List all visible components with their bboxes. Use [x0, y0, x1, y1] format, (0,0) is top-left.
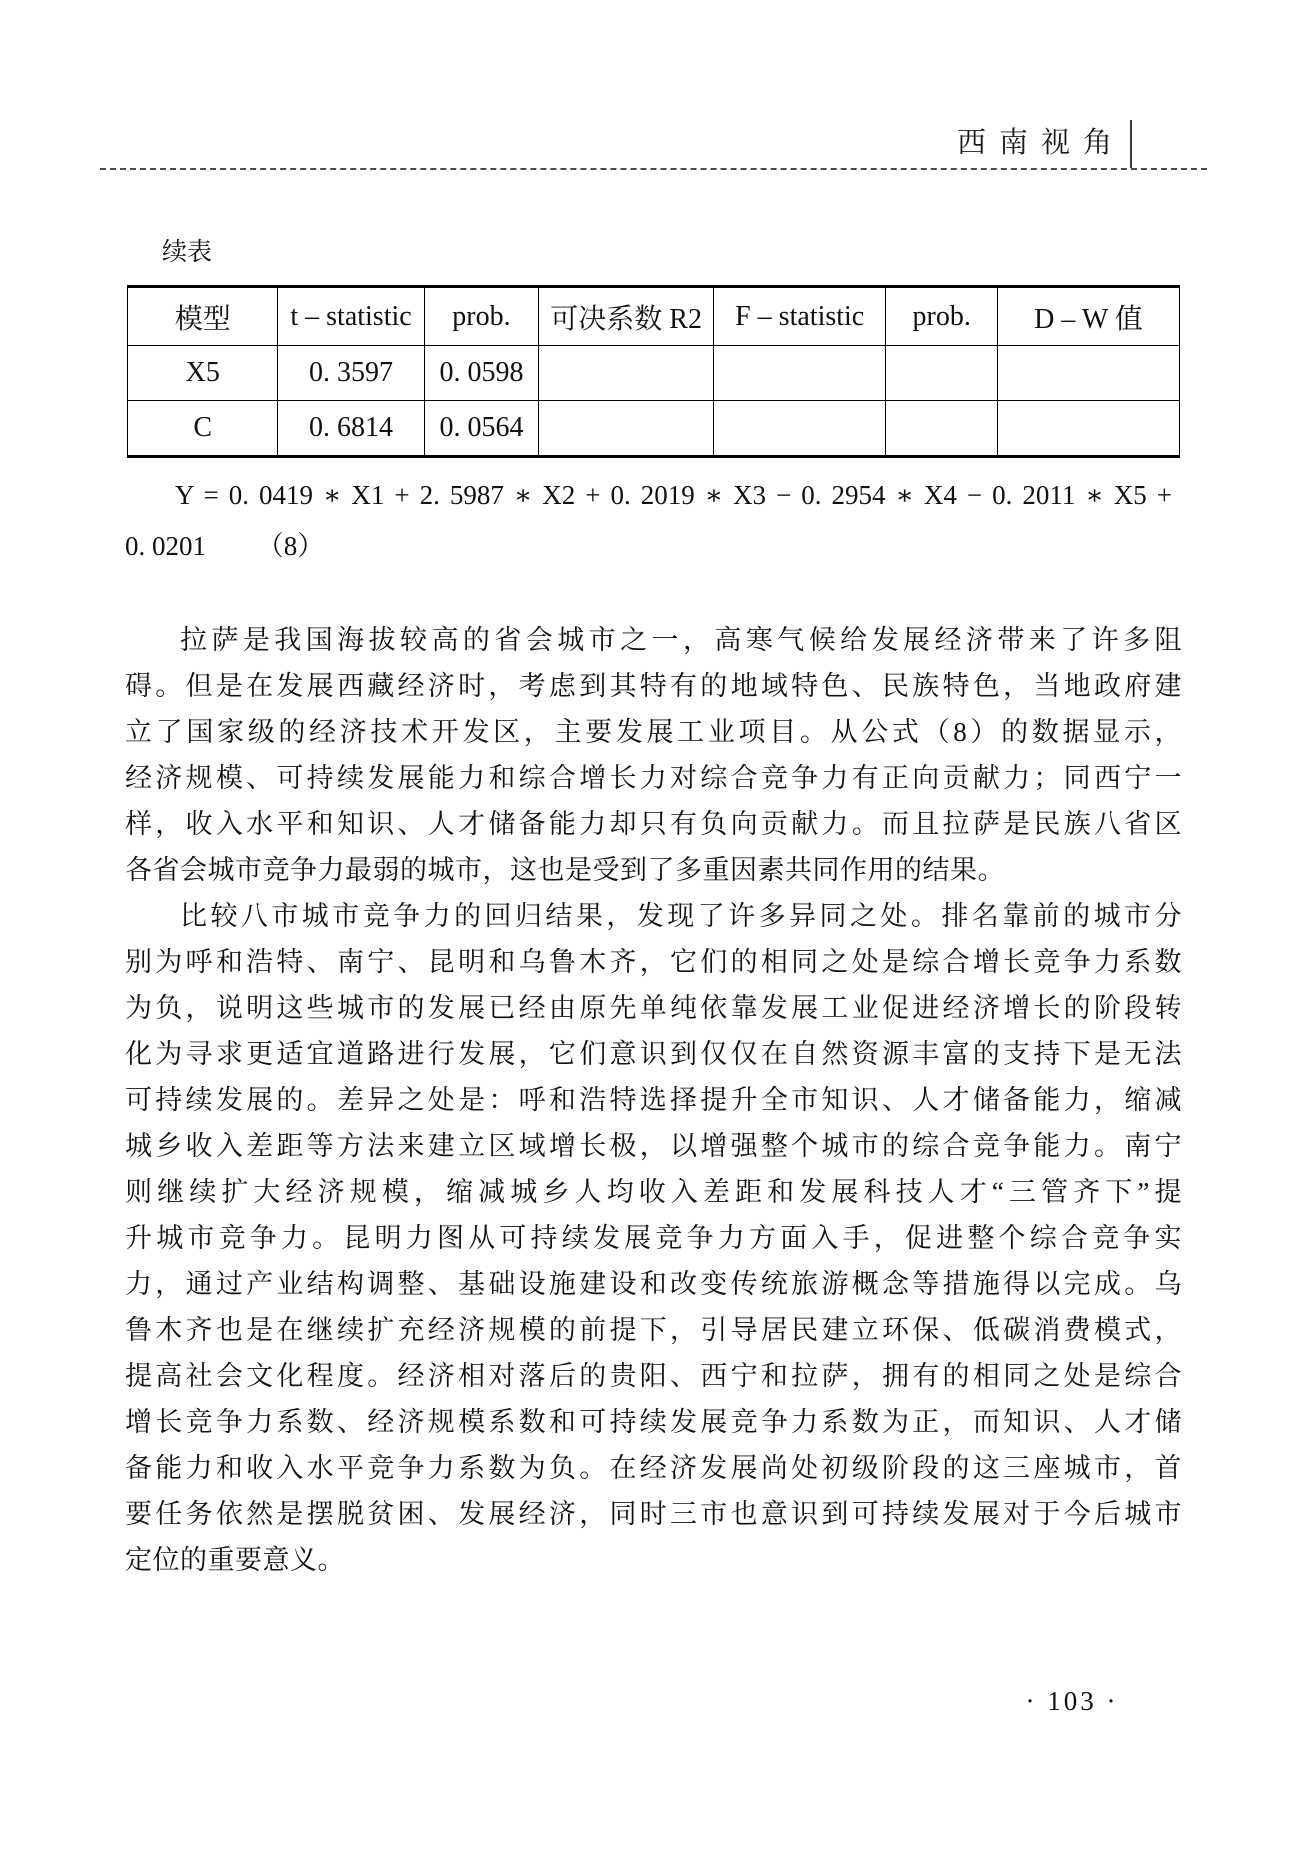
table-row: C 0. 6814 0. 0564: [128, 401, 1180, 457]
text-line: 增长竞争力系数、经济规模系数和可持续发展竞争力系数为正，而知识、人才储: [125, 1399, 1182, 1445]
cell-prob-2: [886, 346, 998, 401]
text-line: 要任务依然是摆脱贫困、发展经济，同时三市也意识到可持续发展对于今后城市: [125, 1491, 1182, 1537]
equation-line-1: Y = 0. 0419 ∗ X1 + 2. 5987 ∗ X2 + 0. 201…: [125, 480, 1182, 511]
text-line: 碍。但是在发展西藏经济时，考虑到其特有的地域特色、民族特色，当地政府建: [125, 663, 1182, 709]
cell-f-statistic: [713, 401, 886, 457]
text-line: 力，通过产业结构调整、基础设施建设和改变传统旅游概念等措施得以完成。乌: [125, 1261, 1182, 1307]
text-line: 提高社会文化程度。经济相对落后的贵阳、西宁和拉萨，拥有的相同之处是综合: [125, 1353, 1182, 1399]
text-line: 样，收入水平和知识、人才储备能力却只有负向贡献力。而且拉萨是民族八省区: [125, 801, 1182, 847]
text-line: 备能力和收入水平竞争力系数为负。在经济发展尚处初级阶段的这三座城市，首: [125, 1445, 1182, 1491]
page-number: · 103 ·: [1012, 1686, 1132, 1717]
text-line: 为负，说明这些城市的发展已经由原先单纯依靠发展工业促进经济增长的阶段转: [125, 985, 1182, 1031]
cell-prob-1: 0. 0564: [424, 401, 539, 457]
text-line: 定位的重要意义。: [125, 1537, 1182, 1583]
text-line: 城乡收入差距等方法来建立区域增长极，以增强整个城市的综合竞争能力。南宁: [125, 1123, 1182, 1169]
text-line: 别为呼和浩特、南宁、昆明和乌鲁木齐，它们的相同之处是综合增长竞争力系数: [125, 939, 1182, 985]
text-line: 比较八市城市竞争力的回归结果，发现了许多异同之处。排名靠前的城市分: [125, 893, 1182, 939]
paragraph: 比较八市城市竞争力的回归结果，发现了许多异同之处。排名靠前的城市分 别为呼和浩特…: [125, 893, 1182, 1583]
column-header-prob-2: prob.: [886, 287, 998, 346]
running-head-vertical-rule: [1130, 120, 1132, 168]
equation-number: （8）: [257, 531, 325, 561]
table-header-row: 模型 t – statistic prob. 可决系数 R2 F – stati…: [128, 287, 1180, 346]
body-text: 拉萨是我国海拔较高的省会城市之一，高寒气候给发展经济带来了许多阻 碍。但是在发展…: [125, 617, 1182, 1583]
text-line: 经济规模、可持续发展能力和综合增长力对综合竞争力有正向贡献力；同西宁一: [125, 755, 1182, 801]
document-page: 西南视角 续表 模型 t – statistic prob. 可决系数 R2 F…: [0, 0, 1307, 1859]
text-line: 则继续扩大经济规模，缩减城乡人均收入差距和发展科技人才“三管齐下”提: [125, 1169, 1182, 1215]
equation-line-2: 0. 0201 （8）: [125, 524, 1182, 563]
cell-dw: [997, 401, 1179, 457]
running-head-title: 西南视角: [957, 120, 1125, 161]
regression-equation: Y = 0. 0419 ∗ X1 + 2. 5987 ∗ X2 + 0. 201…: [125, 480, 1182, 563]
cell-prob-1: 0. 0598: [424, 346, 539, 401]
cell-model: C: [128, 401, 278, 457]
cell-r2: [539, 346, 714, 401]
column-header-f-statistic: F – statistic: [713, 287, 886, 346]
column-header-t-statistic: t – statistic: [278, 287, 424, 346]
cell-f-statistic: [713, 346, 886, 401]
text-line: 升城市竞争力。昆明力图从可持续发展竞争力方面入手，促进整个综合竞争实: [125, 1215, 1182, 1261]
text-line: 可持续发展的。差异之处是：呼和浩特选择提升全市知识、人才储备能力，缩减: [125, 1077, 1182, 1123]
cell-model: X5: [128, 346, 278, 401]
cell-t-statistic: 0. 3597: [278, 346, 424, 401]
column-header-prob-1: prob.: [424, 287, 539, 346]
equation-constant: 0. 0201: [125, 531, 206, 561]
cell-r2: [539, 401, 714, 457]
column-header-model: 模型: [128, 287, 278, 346]
cell-dw: [997, 346, 1179, 401]
cell-prob-2: [886, 401, 998, 457]
column-header-dw: D – W 值: [997, 287, 1179, 346]
text-line: 鲁木齐也是在继续扩充经济规模的前提下，引导居民建立环保、低碳消费模式，: [125, 1307, 1182, 1353]
cell-t-statistic: 0. 6814: [278, 401, 424, 457]
text-line: 各省会城市竞争力最弱的城市，这也是受到了多重因素共同作用的结果。: [125, 847, 1182, 893]
text-line: 立了国家级的经济技术开发区，主要发展工业项目。从公式（8）的数据显示，: [125, 709, 1182, 755]
text-line: 化为寻求更适宜道路进行发展，它们意识到仅仅在自然资源丰富的支持下是无法: [125, 1031, 1182, 1077]
running-head: 西南视角: [100, 0, 1207, 170]
table-caption: 续表: [162, 232, 1307, 268]
table-row: X5 0. 3597 0. 0598: [128, 346, 1180, 401]
text-line: 拉萨是我国海拔较高的省会城市之一，高寒气候给发展经济带来了许多阻: [125, 617, 1182, 663]
regression-results-table: 模型 t – statistic prob. 可决系数 R2 F – stati…: [127, 285, 1180, 458]
column-header-r2: 可决系数 R2: [539, 287, 714, 346]
paragraph: 拉萨是我国海拔较高的省会城市之一，高寒气候给发展经济带来了许多阻 碍。但是在发展…: [125, 617, 1182, 893]
